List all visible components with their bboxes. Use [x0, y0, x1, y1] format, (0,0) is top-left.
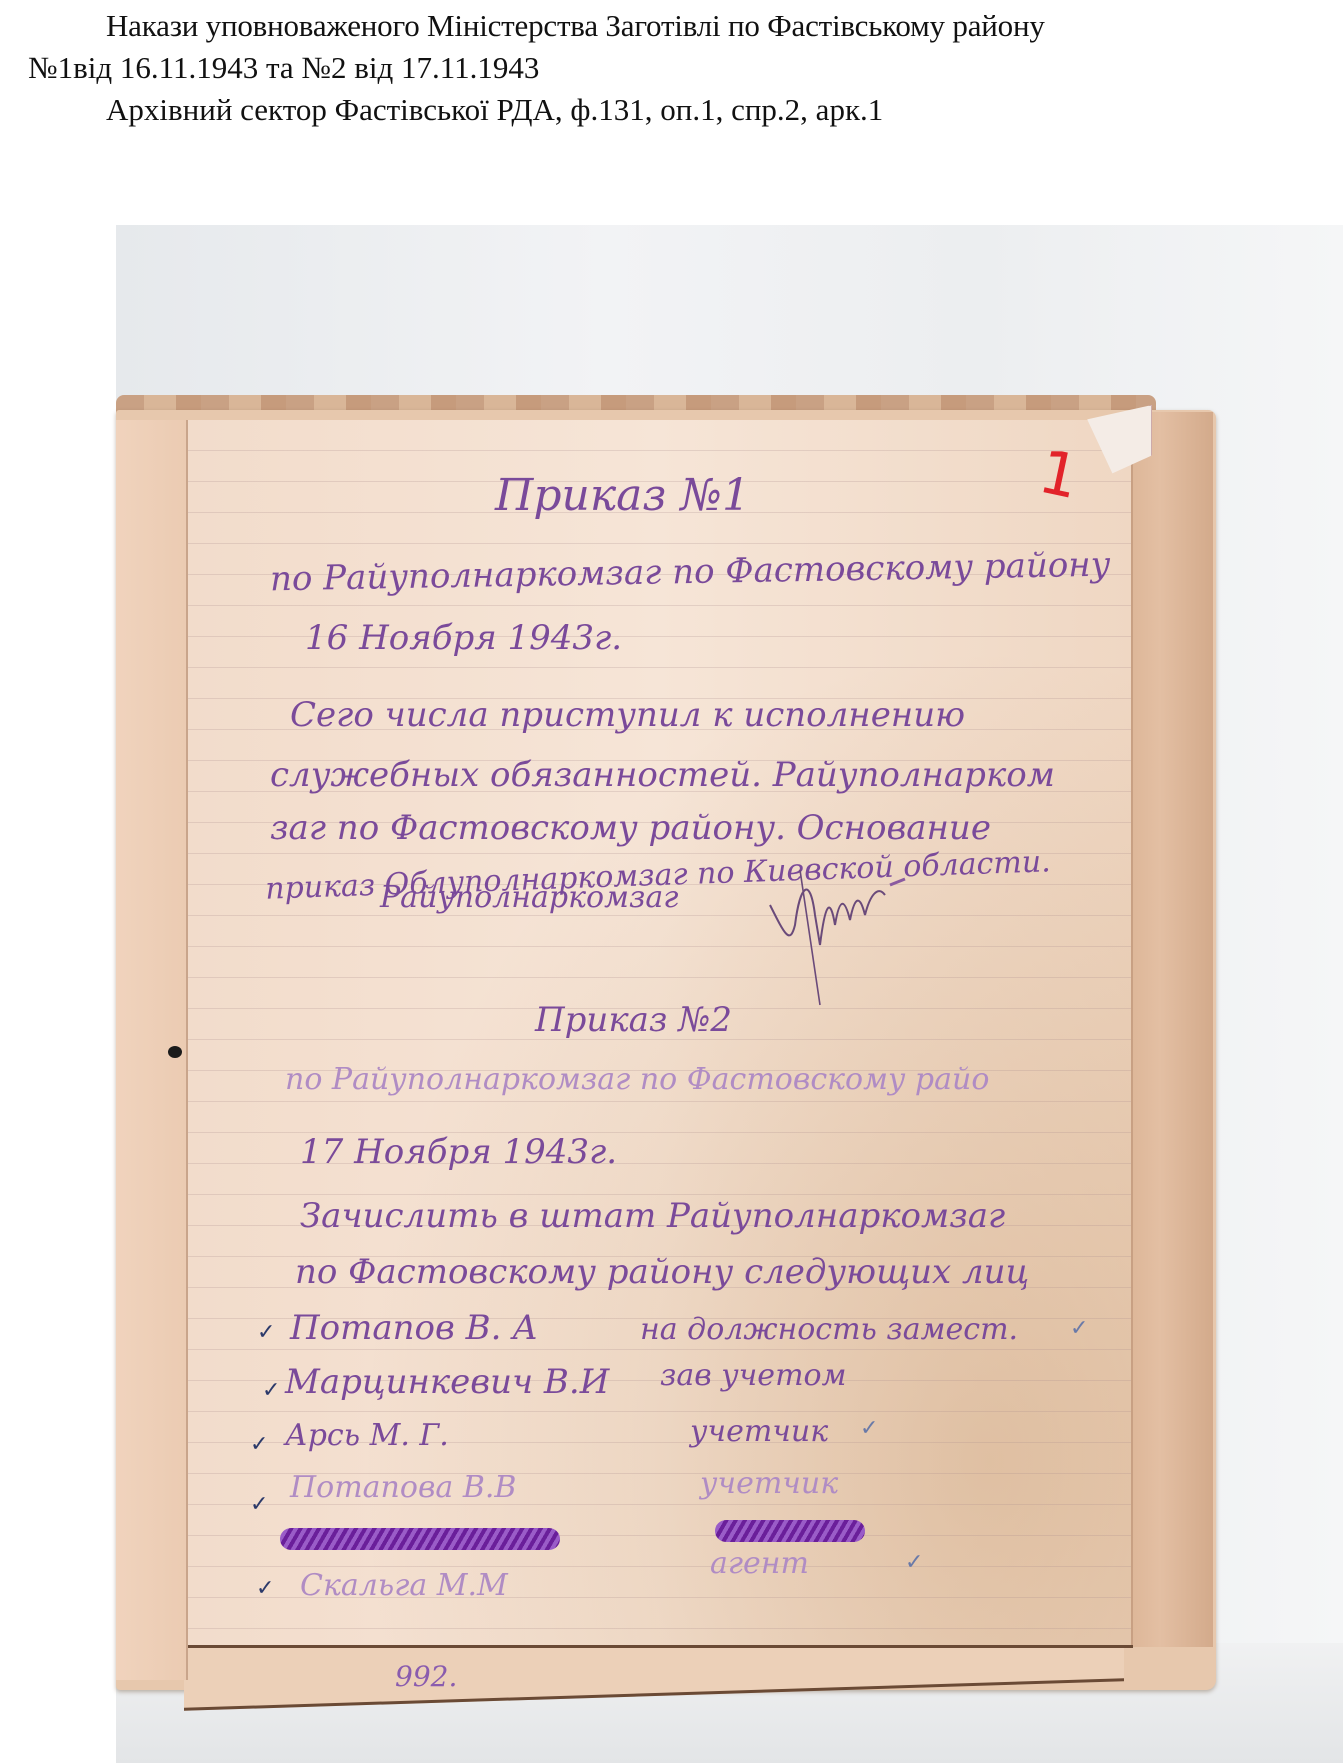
struck-out-entry — [280, 1528, 560, 1550]
staff-name: Скальга М.М — [300, 1568, 508, 1603]
page-mark: 992. — [395, 1660, 457, 1693]
check-mark-icon: ✓ — [262, 1378, 280, 1403]
staff-position: агент — [710, 1546, 809, 1581]
order2-subtitle: по Райуполнаркомзаг по Фастовскому райо — [285, 1062, 989, 1097]
caption-title: Накази уповноваженого Міністерства Загот… — [106, 8, 1045, 44]
caption-order-numbers: №1від 16.11.1943 та №2 від 17.11.1943 — [28, 50, 539, 86]
check-mark-icon: ✓ — [905, 1550, 923, 1575]
order1-body-line3: заг по Фастовскому району. Основание — [270, 808, 991, 848]
order2-date: 17 Ноября 1943г. — [300, 1132, 617, 1172]
order2-title: Приказ №2 — [535, 1000, 732, 1040]
staff-name: Марцинкевич В.И — [285, 1362, 609, 1402]
staff-position: зав учетом — [660, 1358, 846, 1393]
order1-body-line1: Сего числа приступил к исполнению — [290, 695, 965, 735]
caption-archive-reference: Архівний сектор Фастівської РДА, ф.131, … — [106, 92, 883, 128]
order1-title: Приказ №1 — [495, 470, 750, 521]
check-mark-icon: ✓ — [250, 1432, 268, 1457]
check-mark-icon: ✓ — [256, 1576, 274, 1601]
check-mark-icon: ✓ — [250, 1492, 268, 1517]
check-mark-icon: ✓ — [257, 1320, 275, 1345]
staff-position: на должность замест. — [640, 1312, 1018, 1347]
order2-body-line2: по Фастовскому району следующих лиц — [295, 1252, 1029, 1292]
order1-date: 16 Ноября 1943г. — [305, 618, 622, 658]
order2-body-line1: Зачислить в штат Райуполнаркомзаг — [300, 1196, 1005, 1236]
staff-name: Потапов В. А — [290, 1308, 538, 1348]
staff-position: учетчик — [690, 1414, 828, 1449]
order1-body-line2: служебных обязанностей. Райуполнарком — [270, 755, 1055, 795]
right-cover-flap — [1125, 412, 1213, 1647]
struck-out-position — [715, 1520, 865, 1542]
binding-hole — [168, 1046, 182, 1058]
staff-position: учетчик — [700, 1466, 838, 1501]
check-mark-icon: ✓ — [1070, 1316, 1088, 1341]
staff-name: Потапова В.В — [290, 1470, 516, 1505]
signature-icon — [760, 865, 910, 1015]
staff-name: Арсь М. Г. — [285, 1418, 449, 1453]
order1-signature-title: Райуполнаркомзаг — [380, 880, 678, 915]
check-mark-icon: ✓ — [860, 1416, 878, 1441]
